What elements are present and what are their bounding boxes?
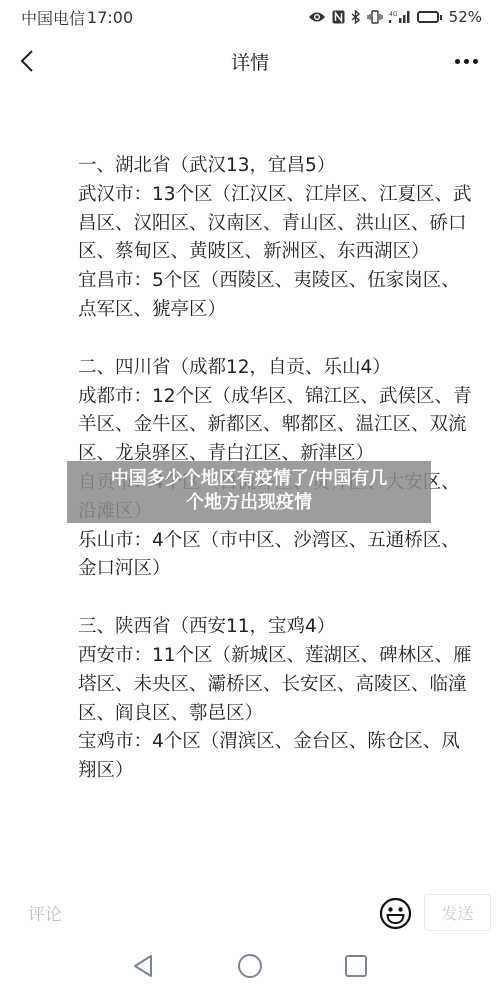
4g-signal-icon: 4G <box>389 10 411 24</box>
emoji-button[interactable] <box>379 897 412 930</box>
battery-icon <box>417 11 439 23</box>
section-heading: 一、湖北省（武汉13，宜昌5） <box>78 152 478 181</box>
system-recents-button[interactable] <box>342 952 370 980</box>
status-left: 中国电信 17:00 <box>21 6 133 29</box>
bluetooth-icon <box>351 10 361 24</box>
square-recents-icon <box>342 952 370 980</box>
system-home-button[interactable] <box>236 952 264 980</box>
clock: 17:00 <box>87 8 133 27</box>
chevron-left-icon <box>20 50 34 72</box>
banner-line-1: 中国多少个地区有疫情了/中国有几 <box>73 467 425 491</box>
smiley-icon <box>379 897 412 930</box>
more-dot <box>473 59 478 64</box>
svg-text:4G: 4G <box>389 11 398 18</box>
city-entry: 宝鸡市：4个区（渭滨区、金台区、陈仓区、凤翔区） <box>78 728 478 786</box>
status-icons: 4G 52% <box>308 8 482 26</box>
comment-input[interactable]: 评论 <box>28 900 62 925</box>
section-heading: 三、陕西省（西安11，宝鸡4） <box>78 613 478 642</box>
city-entry: 武汉市：13个区（江汉区、江岸区、江夏区、武昌区、汉阳区、汉南区、青山区、洪山区… <box>78 181 478 267</box>
eye-icon <box>308 11 326 23</box>
city-entry: 西安市：11个区（新城区、莲湖区、碑林区、雁塔区、未央区、灞桥区、长安区、高陵区… <box>78 642 478 728</box>
banner-line-2: 个地方出现疫情 <box>73 491 425 515</box>
vibrate-icon <box>367 10 383 24</box>
comment-bar: 评论 发送 <box>0 890 500 940</box>
send-button[interactable]: 发送 <box>424 894 491 931</box>
city-entry: 宜昌市：5个区（西陵区、夷陵区、伍家岗区、点军区、猇亭区） <box>78 267 478 325</box>
section-hubei: 一、湖北省（武汉13，宜昌5） 武汉市：13个区（江汉区、江岸区、江夏区、武昌区… <box>78 152 478 325</box>
carrier-name: 中国电信 <box>21 6 85 29</box>
city-entry: 乐山市：4个区（市中区、沙湾区、五通桥区、金口河区） <box>78 527 478 585</box>
status-bar: 中国电信 17:00 4G 52% <box>0 0 500 34</box>
circle-home-icon <box>236 952 264 980</box>
more-dot <box>464 59 469 64</box>
nfc-icon <box>332 10 345 24</box>
more-dots-icon <box>455 59 460 64</box>
system-nav-bar <box>0 950 500 986</box>
back-button[interactable] <box>10 44 44 78</box>
section-heading: 二、四川省（成都12，自贡、乐山4） <box>78 354 478 383</box>
city-entry: 成都市：12个区（成华区、锦江区、武侯区、青羊区、金牛区、新都区、郫都区、温江区… <box>78 383 478 469</box>
triangle-back-icon <box>130 952 158 980</box>
section-shaanxi: 三、陕西省（西安11，宝鸡4） 西安市：11个区（新城区、莲湖区、碑林区、雁塔区… <box>78 613 478 786</box>
more-button[interactable] <box>446 44 486 78</box>
overlay-title-banner: 中国多少个地区有疫情了/中国有几 个地方出现疫情 <box>67 461 431 523</box>
system-back-button[interactable] <box>130 952 158 980</box>
battery-percent: 52% <box>449 8 482 26</box>
page-title: 详情 <box>231 48 269 75</box>
header: 详情 <box>0 34 500 88</box>
